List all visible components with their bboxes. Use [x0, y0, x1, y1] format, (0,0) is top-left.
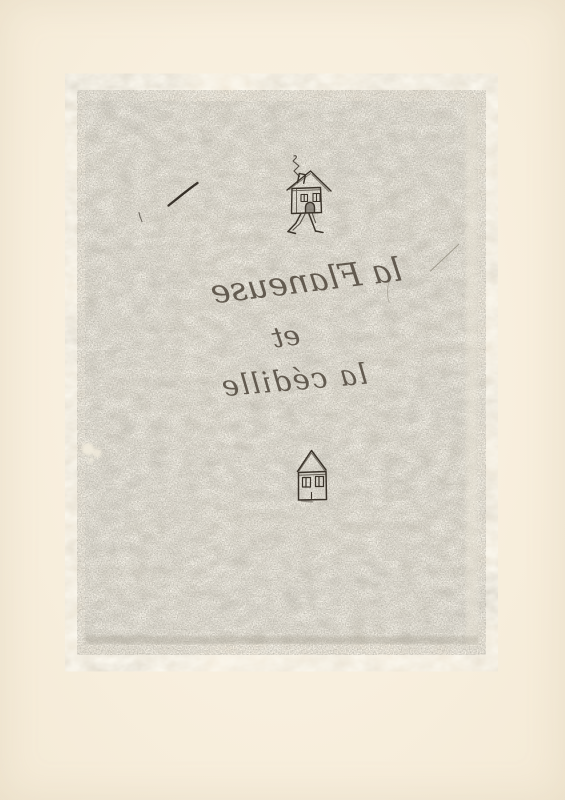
paper-sheet: la Flaneuse et la cédille	[0, 0, 565, 800]
mirrored-title-line-2: et	[270, 321, 301, 353]
plate-right-light-band	[466, 101, 478, 644]
plate-bottom-dark-edge	[85, 636, 478, 644]
lithograph-plate	[0, 0, 565, 800]
door-arch-head	[306, 202, 315, 212]
